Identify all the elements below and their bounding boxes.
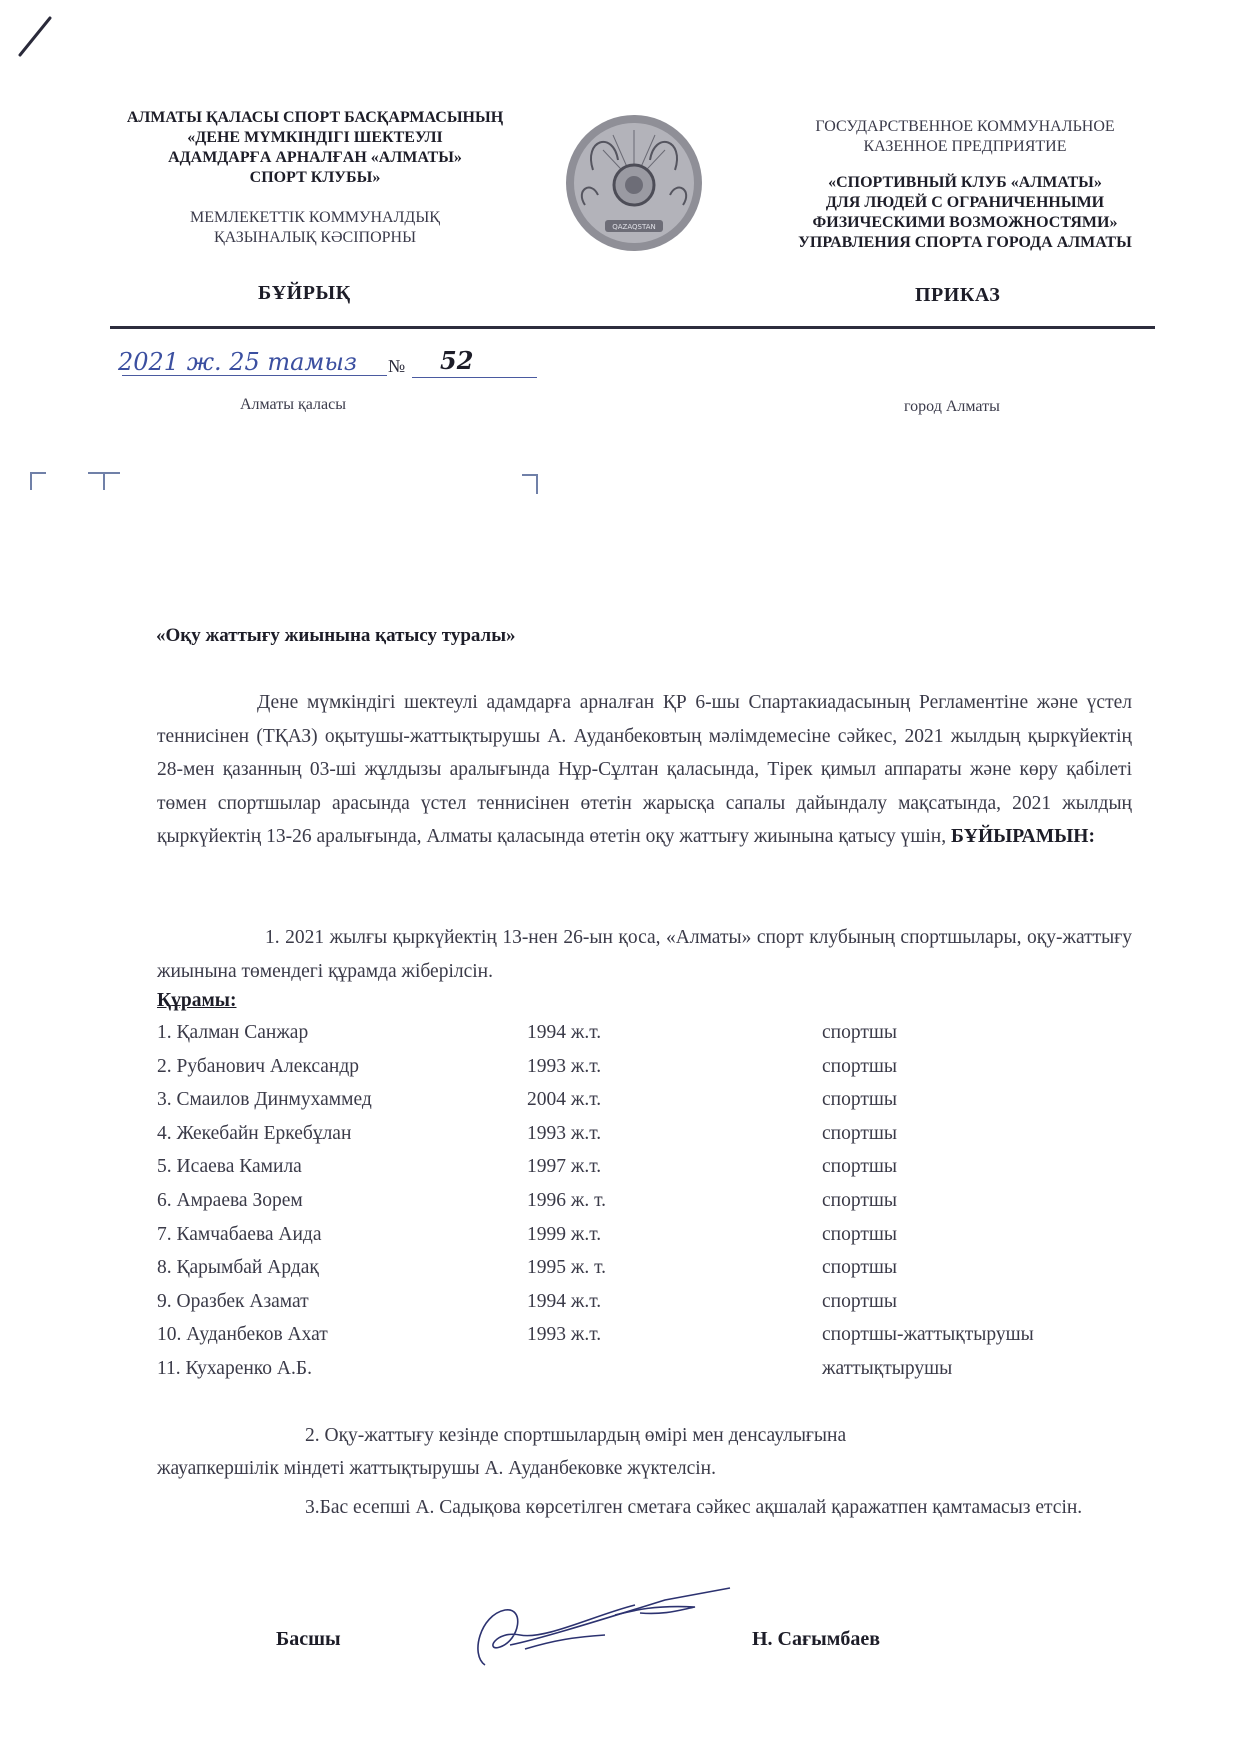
org-line-ru-2: ДЛЯ ЛЮДЕЙ С ОГРАНИЧЕННЫМИ	[760, 193, 1170, 213]
scan-mark-icon	[15, 15, 55, 60]
item-1-paragraph: 1. 2021 жылғы қыркүйектің 13-нен 26-ын қ…	[157, 921, 1132, 988]
roster-role: жаттықтырушы	[822, 1358, 952, 1380]
roster-row: 7. Камчабаева Аида1999 ж.т.спортшы	[157, 1224, 1117, 1257]
roster-birth-year: 2004 ж.т.	[527, 1089, 601, 1111]
roster-birth-year: 1995 ж. т.	[527, 1257, 606, 1279]
roster-birth-year: 1996 ж. т.	[527, 1190, 606, 1212]
command-word: БҰЙЫРАМЫН:	[951, 826, 1095, 847]
roster-name: 1. Қалман Санжар	[157, 1022, 308, 1044]
roster-row: 2. Рубанович Александр1993 ж.т.спортшы	[157, 1056, 1117, 1089]
roster-row: 10. Ауданбеков Ахат1993 ж.т.спортшы-жатт…	[157, 1324, 1117, 1357]
order-word-kz: БҰЙРЫҚ	[258, 282, 351, 305]
header-divider	[110, 326, 1155, 329]
item-2-line-2: жауапкершілік міндеті жаттықтырушы А. Ау…	[157, 1458, 716, 1480]
roster-row: 5. Исаева Камила1997 ж.т.спортшы	[157, 1156, 1117, 1189]
org-type-ru-2: КАЗЕННОЕ ПРЕДПРИЯТИЕ	[760, 137, 1170, 157]
header-left: АЛМАТЫ ҚАЛАСЫ СПОРТ БАСҚАРМАСЫНЫҢ «ДЕНЕ …	[80, 108, 550, 248]
roster-row: 6. Амраева Зорем1996 ж. т.спортшы	[157, 1190, 1117, 1223]
signatory-position: Басшы	[276, 1628, 341, 1651]
roster-name: 7. Камчабаева Аида	[157, 1224, 322, 1246]
roster-name: 5. Исаева Камила	[157, 1156, 302, 1178]
roster-role: спортшы	[822, 1224, 897, 1246]
roster-name: 8. Қарымбай Ардақ	[157, 1257, 319, 1279]
roster-row: 9. Оразбек Азамат1994 ж.т.спортшы	[157, 1291, 1117, 1324]
order-date-handwritten[interactable]: 2021 ж. 25 тамыз	[118, 348, 357, 376]
org-line-kz-1: АЛМАТЫ ҚАЛАСЫ СПОРТ БАСҚАРМАСЫНЫҢ	[80, 108, 550, 128]
roster-birth-year: 1994 ж.т.	[527, 1022, 601, 1044]
roster-heading: Құрамы:	[157, 990, 237, 1012]
document-title: «Оқу жаттығу жиынына қатысу туралы»	[156, 625, 516, 647]
roster-name: 3. Смаилов Динмухаммед	[157, 1089, 372, 1111]
corner-mark-t	[88, 472, 120, 490]
org-type-kz-1: МЕМЛЕКЕТТІК КОММУНАЛДЫҚ	[80, 208, 550, 228]
roster-role: спортшы	[822, 1022, 897, 1044]
roster-birth-year: 1999 ж.т.	[527, 1224, 601, 1246]
org-line-kz-2: «ДЕНЕ МҮМКІНДІГІ ШЕКТЕУЛІ	[80, 128, 550, 148]
roster-name: 10. Ауданбеков Ахат	[157, 1324, 328, 1346]
roster-row: 1. Қалман Санжар1994 ж.т.спортшы	[157, 1022, 1117, 1055]
org-line-ru-4: УПРАВЛЕНИЯ СПОРТА ГОРОДА АЛМАТЫ	[760, 233, 1170, 253]
handwritten-signature-icon	[465, 1585, 745, 1675]
roster-name: 2. Рубанович Александр	[157, 1056, 359, 1078]
roster-row: 11. Кухаренко А.Б.жаттықтырушы	[157, 1358, 1117, 1391]
roster-name: 6. Амраева Зорем	[157, 1190, 303, 1212]
city-ru: город Алматы	[904, 398, 1000, 416]
org-type-ru-1: ГОСУДАРСТВЕННОЕ КОММУНАЛЬНОЕ	[760, 117, 1170, 137]
item-3-paragraph: 3.Бас есепші А. Садықова көрсетілген сме…	[157, 1491, 1132, 1525]
roster-row: 3. Смаилов Динмухаммед2004 ж.т.спортшы	[157, 1089, 1117, 1122]
roster-row: 4. Жекебайн Еркебұлан1993 ж.т.спортшы	[157, 1123, 1117, 1156]
roster-role: спортшы	[822, 1190, 897, 1212]
roster-birth-year: 1993 ж.т.	[527, 1324, 601, 1346]
roster-role: спортшы	[822, 1291, 897, 1313]
header-right: ГОСУДАРСТВЕННОЕ КОММУНАЛЬНОЕ КАЗЕННОЕ ПР…	[760, 117, 1170, 253]
roster-role: спортшы-жаттықтырушы	[822, 1324, 1034, 1346]
org-line-kz-4: СПОРТ КЛУБЫ»	[80, 168, 550, 188]
roster-birth-year: 1993 ж.т.	[527, 1123, 601, 1145]
order-number-handwritten[interactable]: 52	[440, 346, 473, 375]
emblem-label: QAZAQSTAN	[612, 223, 655, 231]
roster-role: спортшы	[822, 1156, 897, 1178]
item-2-line-1: 2. Оқу-жаттығу кезінде спортшылардың өмі…	[305, 1425, 846, 1447]
roster-name: 9. Оразбек Азамат	[157, 1291, 309, 1313]
order-word-ru: ПРИКАЗ	[915, 284, 1000, 307]
roster-row: 8. Қарымбай Ардақ1995 ж. т.спортшы	[157, 1257, 1117, 1290]
roster-role: спортшы	[822, 1089, 897, 1111]
date-underline	[122, 375, 387, 376]
roster-role: спортшы	[822, 1257, 897, 1279]
corner-mark-top-right	[522, 474, 538, 494]
item-3-text: 3.Бас есепші А. Садықова көрсетілген сме…	[305, 1497, 1082, 1518]
intro-text: Дене мүмкіндігі шектеулі адамдарға арнал…	[157, 692, 1132, 847]
org-line-ru-3: ФИЗИЧЕСКИМИ ВОЗМОЖНОСТЯМИ»	[760, 213, 1170, 233]
roster-birth-year: 1997 ж.т.	[527, 1156, 601, 1178]
intro-paragraph: Дене мүмкіндігі шектеулі адамдарға арнал…	[157, 686, 1132, 854]
roster-name: 11. Кухаренко А.Б.	[157, 1358, 312, 1380]
corner-mark-top-left	[30, 472, 46, 490]
state-emblem-icon: QAZAQSTAN	[563, 110, 705, 256]
roster-birth-year: 1993 ж.т.	[527, 1056, 601, 1078]
roster-birth-year: 1994 ж.т.	[527, 1291, 601, 1313]
org-type-kz-2: ҚАЗЫНАЛЫҚ КӘСІПОРНЫ	[80, 228, 550, 248]
signatory-name: Н. Сағымбаев	[752, 1628, 880, 1651]
number-sign: №	[388, 356, 405, 377]
item-1-text: 1. 2021 жылғы қыркүйектің 13-нен 26-ын қ…	[157, 927, 1132, 982]
roster-name: 4. Жекебайн Еркебұлан	[157, 1123, 351, 1145]
org-line-ru-1: «СПОРТИВНЫЙ КЛУБ «АЛМАТЫ»	[760, 173, 1170, 193]
city-kz: Алматы қаласы	[240, 396, 346, 414]
number-underline	[412, 377, 537, 378]
roster-role: спортшы	[822, 1123, 897, 1145]
roster-role: спортшы	[822, 1056, 897, 1078]
org-line-kz-3: АДАМДАРҒА АРНАЛҒАН «АЛМАТЫ»	[80, 148, 550, 168]
